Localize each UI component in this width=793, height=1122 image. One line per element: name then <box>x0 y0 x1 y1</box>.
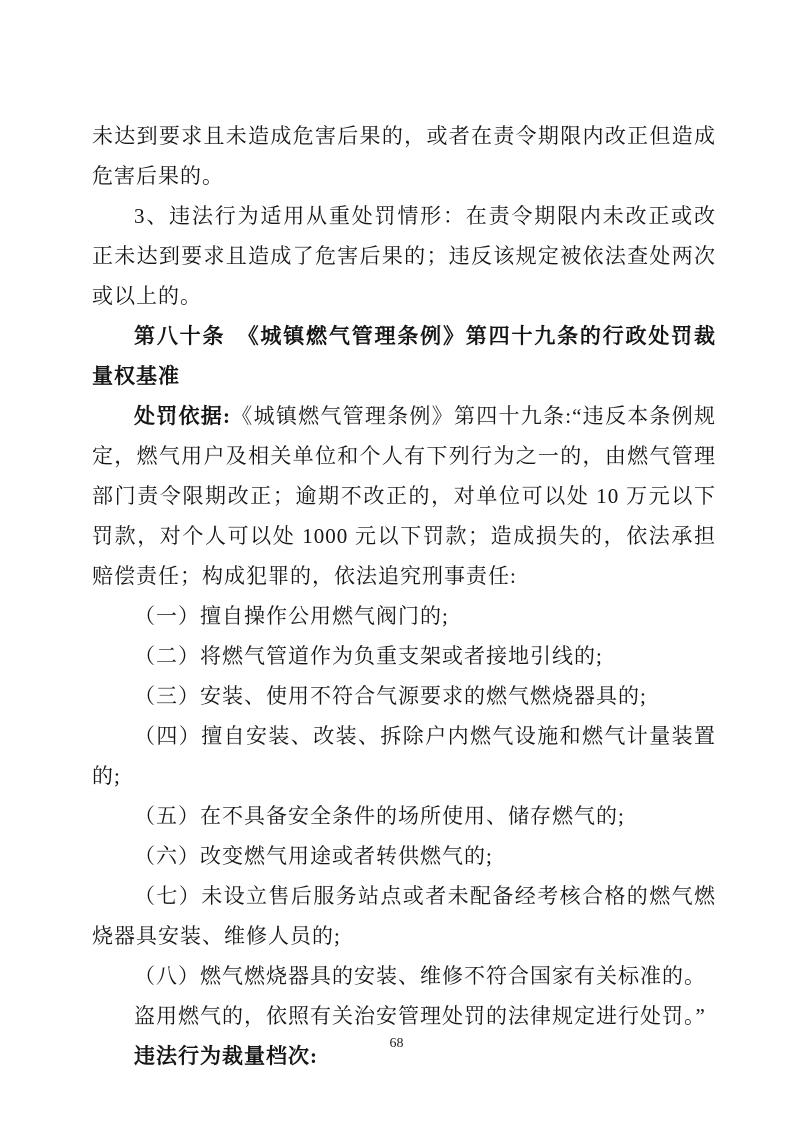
list-item-4: （四）擅自安装、改装、拆除户内燃气设施和燃气计量装置的; <box>92 716 716 796</box>
list-item-8: （八）燃气燃烧器具的安装、维修不符合国家有关标准的。 <box>92 956 716 996</box>
list-item-6: （六）改变燃气用途或者转供燃气的; <box>92 836 716 876</box>
document-body: 未达到要求且未造成危害后果的，或者在责令期限内改正但造成危害后果的。 3、违法行… <box>92 116 716 1076</box>
paragraph-gas-theft: 盗用燃气的，依照有关治安管理处罚的法律规定进行处罚。” <box>92 996 716 1036</box>
list-item-1: （一）擅自操作公用燃气阀门的; <box>92 596 716 636</box>
heading-article-80: 第八十条 《城镇燃气管理条例》第四十九条的行政处罚裁量权基准 <box>92 316 716 396</box>
document-page: 未达到要求且未造成危害后果的，或者在责令期限内改正但造成危害后果的。 3、违法行… <box>0 0 793 1122</box>
paragraph-continuation: 未达到要求且未造成危害后果的，或者在责令期限内改正但造成危害后果的。 <box>92 116 716 196</box>
page-number: 68 <box>0 1034 793 1054</box>
list-item-3: （三）安装、使用不符合气源要求的燃气燃烧器具的; <box>92 676 716 716</box>
list-item-2: （二）将燃气管道作为负重支架或者接地引线的; <box>92 636 716 676</box>
list-item-5: （五）在不具备安全条件的场所使用、储存燃气的; <box>92 796 716 836</box>
paragraph-aggravated-circumstances: 3、违法行为适用从重处罚情形：在责令期限内未改正或改正未达到要求且造成了危害后果… <box>92 196 716 316</box>
list-item-7: （七）未设立售后服务站点或者未配备经考核合格的燃气燃烧器具安装、维修人员的; <box>92 876 716 956</box>
paragraph-penalty-basis: 处罚依据:《城镇燃气管理条例》第四十九条:“违反本条例规定，燃气用户及相关单位和… <box>92 396 716 596</box>
penalty-basis-text: 《城镇燃气管理条例》第四十九条:“违反本条例规定，燃气用户及相关单位和个人有下列… <box>92 404 716 588</box>
penalty-basis-label: 处罚依据: <box>134 404 231 428</box>
